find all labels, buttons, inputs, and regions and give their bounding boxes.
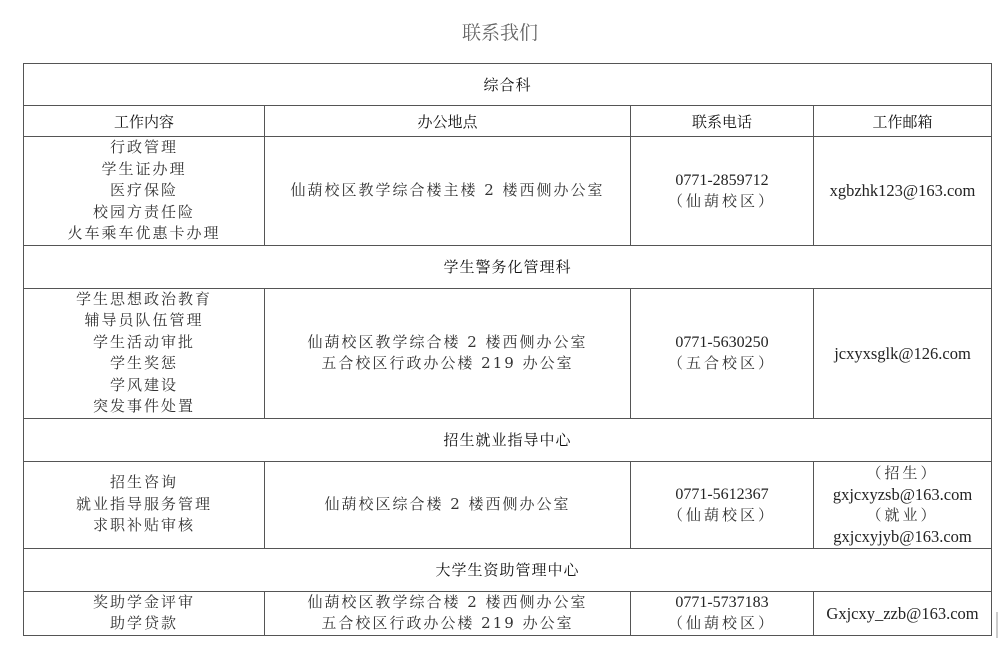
page-title: 联系我们 [0,18,1000,45]
section-row-general-office: 综合科 [24,64,992,106]
section-title: 大学生资助管理中心 [24,548,992,591]
phone-number: 0771-5612367 [631,484,813,505]
tasks-cell: 奖助学金评审 助学贷款 [24,591,265,635]
tasks-cell: 行政管理 学生证办理 医疗保险 校园方责任险 火车乘车优惠卡办理 [24,137,265,246]
task-item: 招生咨询 [24,472,264,494]
location-item: 仙葫校区综合楼 2 楼西侧办公室 [265,494,630,516]
location-item: 仙葫校区教学综合楼 2 楼西侧办公室 [265,592,630,614]
section-row-financial-aid: 大学生资助管理中心 [24,548,992,591]
email-cell: （招生） gxjcxyzsb@163.com （就业） gxjcxyjyb@16… [814,461,992,548]
phone-number: 0771-5737183 [631,592,813,613]
contact-table: 综合科 工作内容 办公地点 联系电话 工作邮箱 行政管理 学生证办理 医疗保险 … [23,63,992,636]
email-cell: jcxyxsglk@126.com [814,288,992,418]
location-item: 仙葫校区教学综合楼 2 楼西侧办公室 [265,332,630,354]
task-item: 学生奖惩 [24,353,264,375]
header-email: 工作邮箱 [814,106,992,137]
location-item: 仙葫校区教学综合楼主楼 2 楼西侧办公室 [265,180,630,202]
phone-campus: （仙葫校区） [631,613,813,634]
tasks-cell: 招生咨询 就业指导服务管理 求职补贴审核 [24,461,265,548]
task-item: 校园方责任险 [24,202,264,224]
phone-number: 0771-5630250 [631,332,813,353]
tasks-cell: 学生思想政治教育 辅导员队伍管理 学生活动审批 学生奖惩 学风建设 突发事件处置 [24,288,265,418]
table-row: 奖助学金评审 助学贷款 仙葫校区教学综合楼 2 楼西侧办公室 五合校区行政办公楼… [24,591,992,635]
task-item: 就业指导服务管理 [24,494,264,516]
email-address[interactable]: Gxjcxy_zzb@163.com [814,603,991,624]
table-row: 行政管理 学生证办理 医疗保险 校园方责任险 火车乘车优惠卡办理 仙葫校区教学综… [24,137,992,246]
email-address[interactable]: gxjcxyzsb@163.com [814,484,991,505]
header-office-location: 办公地点 [265,106,631,137]
phone-cell: 0771-5612367 （仙葫校区） [631,461,814,548]
table-row: 学生思想政治教育 辅导员队伍管理 学生活动审批 学生奖惩 学风建设 突发事件处置… [24,288,992,418]
phone-cell: 0771-5737183 （仙葫校区） [631,591,814,635]
task-item: 学生活动审批 [24,332,264,354]
phone-campus: （仙葫校区） [631,191,813,212]
email-address[interactable]: xgbzhk123@163.com [814,180,991,201]
email-address[interactable]: gxjcxyjyb@163.com [814,526,991,547]
location-cell: 仙葫校区教学综合楼主楼 2 楼西侧办公室 [265,137,631,246]
header-work-content: 工作内容 [24,106,265,137]
section-row-admission-employment: 招生就业指导中心 [24,418,992,461]
location-cell: 仙葫校区综合楼 2 楼西侧办公室 [265,461,631,548]
task-item: 医疗保险 [24,180,264,202]
task-item: 助学贷款 [24,613,264,635]
section-row-student-management: 学生警务化管理科 [24,245,992,288]
task-item: 火车乘车优惠卡办理 [24,223,264,245]
scrollbar-edge[interactable] [996,612,998,638]
phone-number: 0771-2859712 [631,170,813,191]
phone-campus: （五合校区） [631,353,813,374]
location-cell: 仙葫校区教学综合楼 2 楼西侧办公室 五合校区行政办公楼 219 办公室 [265,288,631,418]
section-title: 招生就业指导中心 [24,418,992,461]
task-item: 学生思想政治教育 [24,289,264,311]
header-phone: 联系电话 [631,106,814,137]
task-item: 辅导员队伍管理 [24,310,264,332]
task-item: 学风建设 [24,375,264,397]
section-title: 学生警务化管理科 [24,245,992,288]
email-tag: （就业） [814,505,991,526]
task-item: 求职补贴审核 [24,515,264,537]
task-item: 行政管理 [24,137,264,159]
email-tag: （招生） [814,463,991,484]
location-item: 五合校区行政办公楼 219 办公室 [265,613,630,635]
phone-cell: 0771-5630250 （五合校区） [631,288,814,418]
task-item: 突发事件处置 [24,396,264,418]
section-title: 综合科 [24,64,992,106]
location-cell: 仙葫校区教学综合楼 2 楼西侧办公室 五合校区行政办公楼 219 办公室 [265,591,631,635]
location-item: 五合校区行政办公楼 219 办公室 [265,353,630,375]
table-header-row: 工作内容 办公地点 联系电话 工作邮箱 [24,106,992,137]
email-address[interactable]: jcxyxsglk@126.com [814,343,991,364]
phone-cell: 0771-2859712 （仙葫校区） [631,137,814,246]
email-cell: Gxjcxy_zzb@163.com [814,591,992,635]
email-cell: xgbzhk123@163.com [814,137,992,246]
phone-campus: （仙葫校区） [631,505,813,526]
task-item: 奖助学金评审 [24,592,264,614]
task-item: 学生证办理 [24,159,264,181]
table-row: 招生咨询 就业指导服务管理 求职补贴审核 仙葫校区综合楼 2 楼西侧办公室 07… [24,461,992,548]
